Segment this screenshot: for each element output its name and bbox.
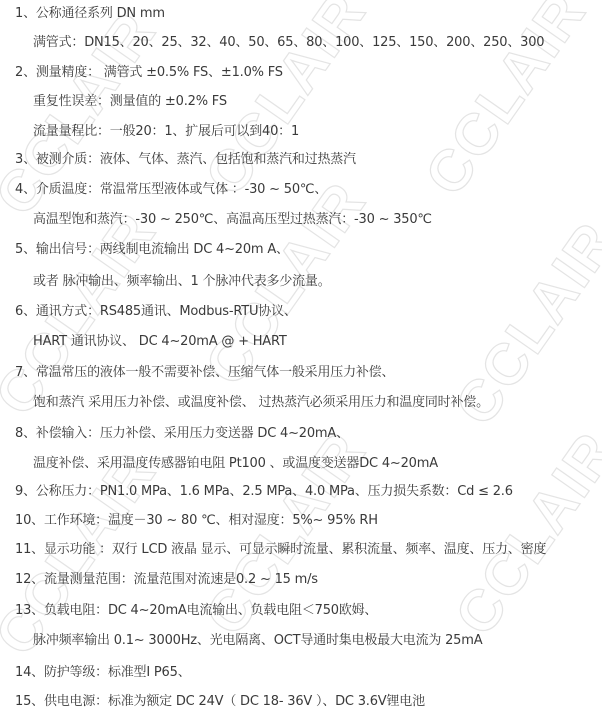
spec-line: 9、公称压力：PN1.0 MPa、1.6 MPa、2.5 MPa、4.0 MPa… [15,484,513,500]
spec-line: HART 通讯协议、 DC 4~20mA @ + HART [33,334,287,350]
spec-line: 13、负载电阻：DC 4~20mA电流输出、负载电阻＜750欧姆、 [15,603,377,619]
spec-line: 14、防护等级：标准型I P65、 [15,665,191,681]
spec-line: 7、常温常压的液体一般不需要补偿、压缩气体一般采用压力补偿、 [15,365,394,381]
spec-line: 10、工作环境：温度－30 ~ 80 ℃、相对湿度：5%~ 95% RH [15,513,378,529]
spec-line: 满管式：DN15、20、25、32、40、50、65、80、100、125、15… [33,35,544,51]
spec-line: 高温型饱和蒸汽：-30 ~ 250℃、高温高压型过热蒸汽：-30 ~ 350℃ [33,212,432,228]
spec-line: 5、输出信号：两线制电流输出 DC 4~20m A、 [15,242,289,258]
spec-line: 8、补偿输入：压力补偿、采用压力变送器 DC 4~20mA、 [15,426,349,442]
spec-document: 1、公称通径系列 DN mm 满管式：DN15、20、25、32、40、50、6… [0,0,602,711]
spec-line: 3、被测介质：液体、气体、蒸汽、包括饱和蒸汽和过热蒸汽 [15,152,356,168]
spec-line: 流量量程比：一般20：1、扩展后可以到40：1 [33,124,299,140]
spec-line: 饱和蒸汽 采用压力补偿、或温度补偿、 过热蒸汽必须采用压力和温度同时补偿。 [33,395,489,411]
spec-line: 12、流量测量范围：流量范围对流速是0.2 ~ 15 m/s [15,572,318,588]
spec-line: 6、通讯方式：RS485通讯、Modbus-RTU协议、 [15,304,297,320]
spec-line: 4、介质温度：常温常压型液体或气体 ：-30 ~ 50℃、 [15,182,327,198]
spec-line: 2、测量精度： 满管式 ±0.5% FS、±1.0% FS [15,65,283,81]
spec-line: 或者 脉冲输出、频率输出、1 个脉冲代表多少流量。 [33,274,331,290]
spec-line: 重复性误差：测量值的 ±0.2% FS [33,94,227,110]
spec-line: 11、显示功能 ：双行 LCD 液晶 显示、可显示瞬时流量、累积流量、频率、温度… [15,542,546,558]
spec-line: 1、公称通径系列 DN mm [15,6,165,22]
spec-line: 温度补偿、采用温度传感器铂电阻 Pt100 、或温度变送器DC 4~20mA [33,456,438,472]
spec-line: 脉冲频率输出 0.1~ 3000Hz、光电隔离、OCT导通时集电极最大电流为 2… [33,633,482,649]
spec-line: 15、供电电源：标准为额定 DC 24V（ DC 18- 36V ）、DC 3.… [15,694,425,710]
